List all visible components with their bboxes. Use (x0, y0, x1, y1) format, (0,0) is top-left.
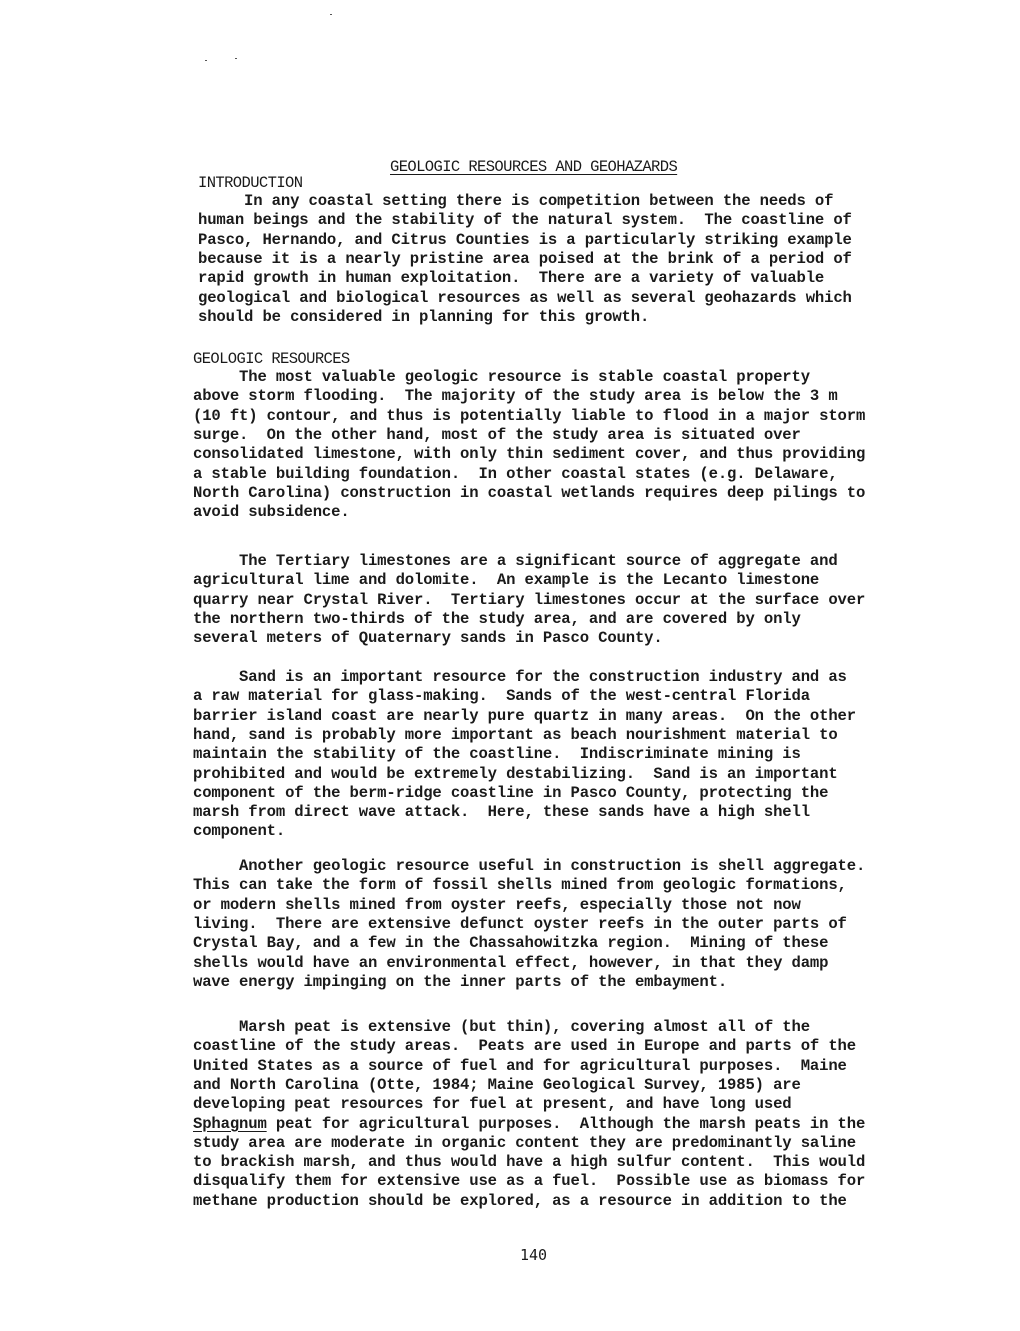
text-line: Marsh peat is extensive (but thin), cove… (193, 1018, 810, 1037)
text-line: marsh from direct wave attack. Here, the… (193, 803, 810, 822)
page-number: 140 (520, 1246, 547, 1264)
text-line: and North Carolina (Otte, 1984; Maine Ge… (193, 1076, 801, 1095)
text-line: above storm flooding. The majority of th… (193, 387, 838, 406)
text-line: The most valuable geologic resource is s… (193, 368, 810, 387)
text-line: because it is a nearly pristine area poi… (198, 250, 852, 269)
text-line: consolidated limestone, with only thin s… (193, 445, 865, 464)
text-line: developing peat resources for fuel at pr… (193, 1095, 792, 1114)
text-line: a raw material for glass-making. Sands o… (193, 687, 810, 706)
text-line: study area are moderate in organic conte… (193, 1134, 856, 1153)
text-line: Crystal Bay, and a few in the Chassahowi… (193, 934, 828, 953)
text-line: Sphagnum peat for agricultural purposes.… (193, 1115, 865, 1134)
text-line: several meters of Quaternary sands in Pa… (193, 629, 663, 648)
text-line: or modern shells mined from oyster reefs… (193, 896, 801, 915)
document-page: GEOLOGIC RESOURCES AND GEOHAZARDS INTROD… (0, 0, 1020, 1331)
text-line: geological and biological resources as w… (198, 289, 852, 308)
text-line: Sand is an important resource for the co… (193, 668, 847, 687)
text-line: living. There are extensive defunct oyst… (193, 915, 847, 934)
text-line: United States as a source of fuel and fo… (193, 1057, 847, 1076)
text-line: rapid growth in human exploitation. Ther… (198, 269, 824, 288)
text-line: barrier island coast are nearly pure qua… (193, 707, 856, 726)
text-line: a stable building foundation. In other c… (193, 465, 838, 484)
text-line: to brackish marsh, and thus would have a… (193, 1153, 865, 1172)
scan-speck (205, 60, 207, 61)
text-line: should be considered in planning for thi… (198, 308, 649, 327)
text-line: wave energy impinging on the inner parts… (193, 973, 727, 992)
text-line: component. (193, 822, 285, 841)
scan-speck (330, 14, 332, 15)
text-line: Pasco, Hernando, and Citrus Counties is … (198, 231, 852, 250)
text-line: shells would have an environmental effec… (193, 954, 828, 973)
text-line: North Carolina) construction in coastal … (193, 484, 865, 503)
text-line: disqualify them for extensive use as a f… (193, 1172, 865, 1191)
text-line: methane production should be explored, a… (193, 1192, 847, 1211)
text-line: coastline of the study areas. Peats are … (193, 1037, 856, 1056)
text-line: human beings and the stability of the na… (198, 211, 852, 230)
text-line: hand, sand is probably more important as… (193, 726, 838, 745)
text-line: surge. On the other hand, most of the st… (193, 426, 801, 445)
text-line: The Tertiary limestones are a significan… (193, 552, 838, 571)
text-line: (10 ft) contour, and thus is potentially… (193, 407, 865, 426)
document-title: GEOLOGIC RESOURCES AND GEOHAZARDS (390, 158, 677, 176)
text-line: maintain the stability of the coastline.… (193, 745, 801, 764)
text-line: This can take the form of fossil shells … (193, 876, 847, 895)
text-line: component of the berm-ridge coastline in… (193, 784, 828, 803)
scan-speck (235, 58, 237, 59)
text-line: prohibited and would be extremely destab… (193, 765, 838, 784)
text-line: In any coastal setting there is competit… (198, 192, 833, 211)
section-heading-introduction: INTRODUCTION (198, 174, 302, 192)
text-line: avoid subsidence. (193, 503, 350, 522)
section-heading-geologic-resources: GEOLOGIC RESOURCES (193, 350, 350, 368)
text-line: Another geologic resource useful in cons… (193, 857, 865, 876)
underlined-term: Sphagnum (193, 1115, 267, 1133)
text-line: the northern two-thirds of the study are… (193, 610, 801, 629)
text-line: quarry near Crystal River. Tertiary lime… (193, 591, 865, 610)
text-line: agricultural lime and dolomite. An examp… (193, 571, 819, 590)
